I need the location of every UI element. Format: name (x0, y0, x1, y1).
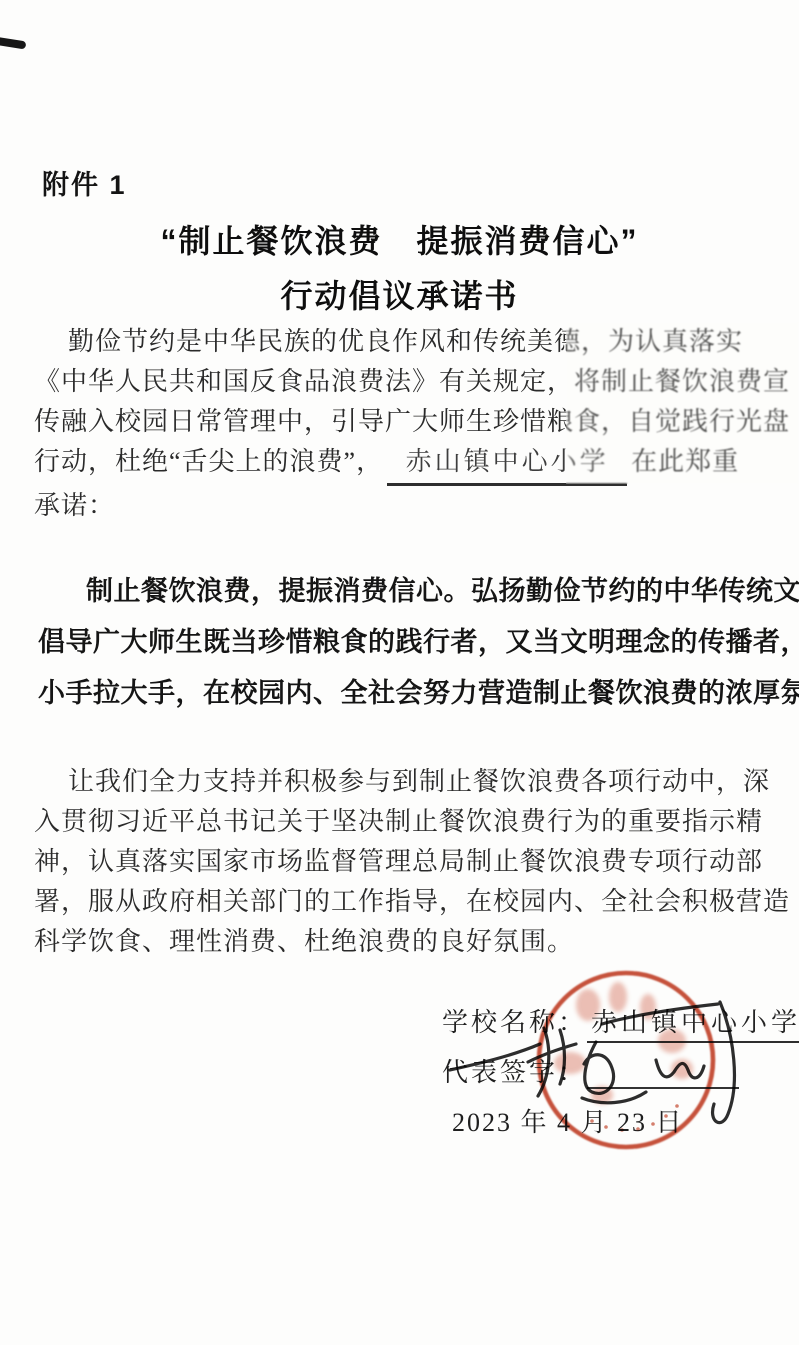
paragraph-line: 入贯彻习近平总书记关于坚决制止餐饮浪费行为的重要指示精 (34, 802, 774, 842)
paragraph-opening: 勤俭节约是中华民族的优良作风和传统美德，为认真落实 《中华人民共和国反食品浪费法… (34, 322, 774, 526)
paragraph-line: 《中华人民共和国反食品浪费法》有关规定，将制止餐饮浪费宣 (34, 362, 774, 402)
paragraph-line: 勤俭节约是中华民族的优良作风和传统美德，为认真落实 (34, 322, 774, 362)
paragraph-line: 科学饮食、理性消费、杜绝浪费的良好氛围。 (34, 922, 774, 962)
school-name-blank-fill: 赤山镇中心小学 (387, 442, 627, 486)
paragraph-line: 署，服从政府相关部门的工作指导，在校园内、全社会积极营造 (34, 882, 774, 922)
document-title-line1: “制止餐饮浪费 提振消费信心” (0, 216, 799, 262)
paragraph-action: 让我们全力支持并积极参与到制止餐饮浪费各项行动中，深 入贯彻习近平总书记关于坚决… (34, 762, 774, 962)
handwritten-signature (432, 988, 762, 1148)
paragraph-line: 传融入校园日常管理中，引导广大师生珍惜粮食，自觉践行光盘 (34, 402, 774, 442)
attachment-label: 附件 1 (42, 163, 127, 202)
scanned-document-page: 附件 1 “制止餐饮浪费 提振消费信心” 行动倡议承诺书 勤俭节约是中华民族的优… (0, 0, 799, 1345)
paragraph-line: 让我们全力支持并积极参与到制止餐饮浪费各项行动中，深 (34, 762, 774, 802)
blank-line-prefix: 行动，杜绝“舌尖上的浪费”， (34, 447, 383, 476)
paragraph-pledge-bold: 制止餐饮浪费，提振消费信心。弘扬勤俭节约的中华传统文化， 倡导广大师生既当珍惜粮… (38, 566, 778, 719)
scan-artifact-mark (0, 37, 26, 50)
document-title-line2: 行动倡议承诺书 (0, 271, 799, 317)
paragraph-line-with-blank: 行动，杜绝“舌尖上的浪费”，赤山镇中心小学在此郑重 (34, 442, 774, 486)
paragraph-line: 倡导广大师生既当珍惜粮食的践行者，又当文明理念的传播者，以 (38, 617, 778, 668)
paragraph-line: 小手拉大手，在校园内、全社会努力营造制止餐饮浪费的浓厚氛围。 (38, 668, 778, 719)
paragraph-line: 神，认真落实国家市场监督管理总局制止餐饮浪费专项行动部 (34, 842, 774, 882)
paragraph-line: 制止餐饮浪费，提振消费信心。弘扬勤俭节约的中华传统文化， (38, 566, 778, 617)
paragraph-line: 承诺： (34, 486, 774, 526)
blank-line-suffix: 在此郑重 (631, 447, 739, 476)
